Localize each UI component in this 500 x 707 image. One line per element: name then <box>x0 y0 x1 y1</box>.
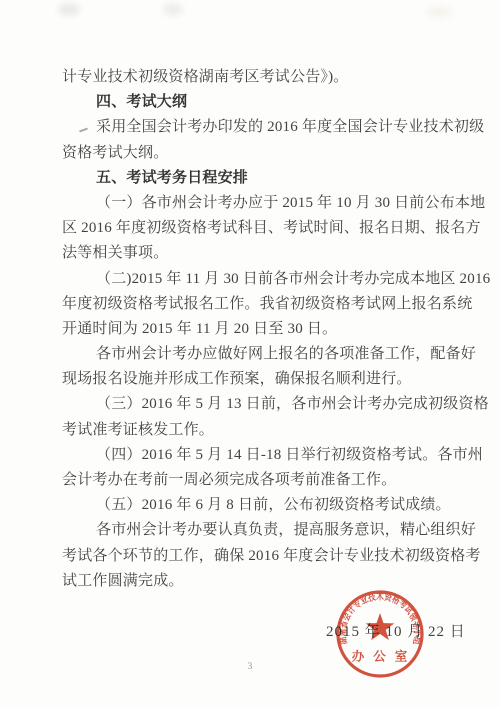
text-line: （一）各市州会计考办应于 2015 年 10 月 30 日前公布本地 <box>62 191 444 216</box>
document-page: 计专业技术初级资格湖南考区考试公告》)。 四、考试大纲 采用全国会计考办印发的 … <box>0 0 500 707</box>
section-heading: 四、考试大纲 <box>62 90 444 115</box>
text-line: 考试准考证核发工作。 <box>62 418 444 443</box>
text-line: （五）2016 年 6 月 8 日前，公布初级资格考试成绩。 <box>62 493 444 518</box>
text-line: 法等相关事项。 <box>62 241 444 266</box>
text-line: 区 2016 年度初级资格考试科目、考试时间、报名日期、报名方 <box>62 216 444 241</box>
scan-artifact <box>58 3 80 16</box>
text-line: 资格考试大纲。 <box>62 141 444 166</box>
text-line: 现场报名设施并形成工作预案，确保报名顺利进行。 <box>62 367 444 392</box>
text-line: 各市州会计考办要认真负责，提高服务意识，精心组织好 <box>62 518 444 543</box>
text-line: 考试各个环节的工作，确保 2016 年度会计专业技术初级资格考 <box>62 544 444 569</box>
text-line: （四）2016 年 5 月 14 日-18 日举行初级资格考试。各市州 <box>62 443 444 468</box>
text-line: 会计考办在考前一周必须完成各项考前准备工作。 <box>62 468 444 493</box>
scan-artifact <box>426 6 452 18</box>
text-line: 各市州会计考办应做好网上报名的各项准备工作，配备好 <box>62 342 444 367</box>
section-heading: 五、考试考务日程安排 <box>62 166 444 191</box>
text-line: 年度初级资格考试报名工作。我省初级资格考试网上报名系统 <box>62 292 444 317</box>
text-line: （二)2015 年 11 月 30 日前各市州会计考办完成本地区 2016 <box>62 267 444 292</box>
body-text: 计专业技术初级资格湖南考区考试公告》)。 四、考试大纲 采用全国会计考办印发的 … <box>62 65 444 594</box>
text-line: 计专业技术初级资格湖南考区考试公告》)。 <box>62 65 444 90</box>
text-line: 开通时间为 2015 年 11 月 20 日至 30 日。 <box>62 317 444 342</box>
page-number: 3 <box>0 661 500 671</box>
star-icon <box>366 613 395 640</box>
scan-artifact <box>163 3 183 16</box>
text-line: 采用全国会计考办印发的 2016 年度全国会计专业技术初级 <box>62 115 444 140</box>
text-line: （三）2016 年 5 月 13 日前，各市州会计考办完成初级资格 <box>62 392 444 417</box>
